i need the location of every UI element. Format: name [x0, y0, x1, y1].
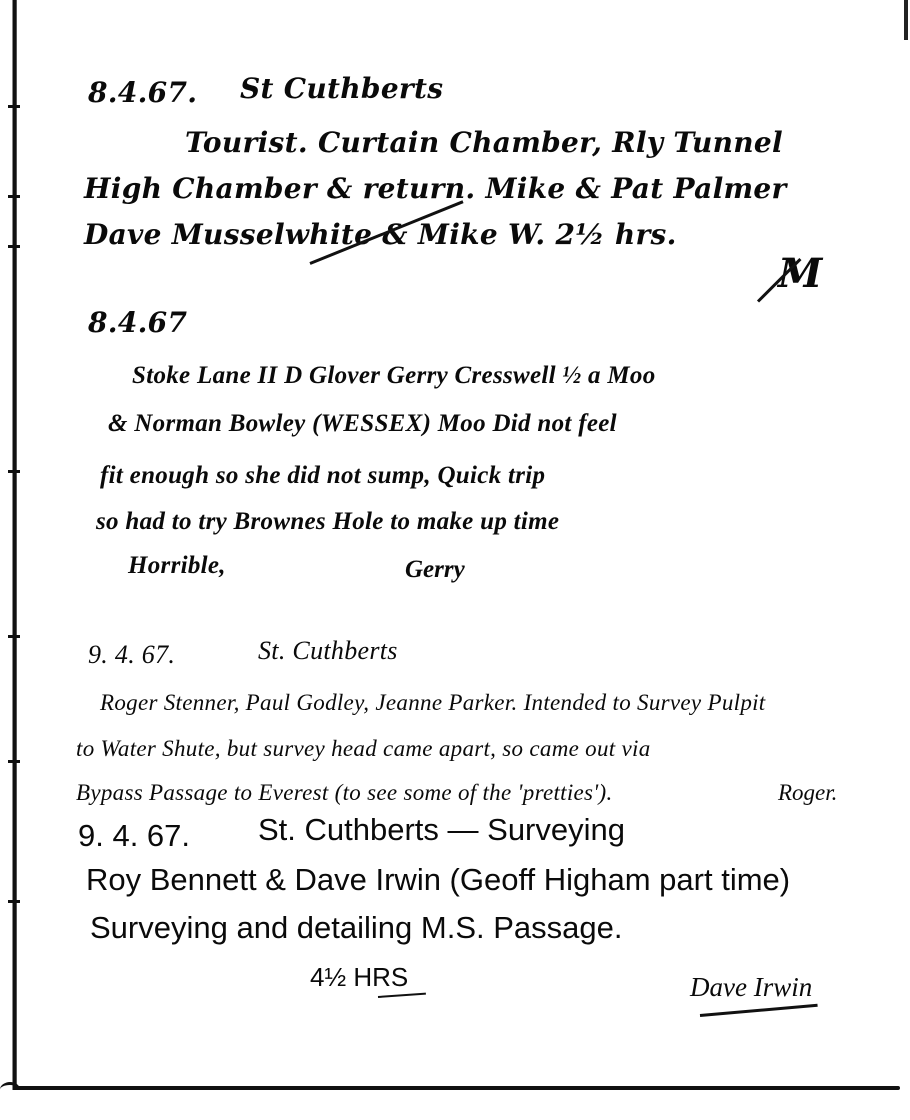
binding-mark [8, 635, 20, 638]
binding-mark [8, 470, 20, 473]
entry-line: to Water Shute, but survey head came apa… [76, 736, 651, 762]
entry-signature: Gerry [405, 556, 465, 584]
entry-line: so had to try Brownes Hole to make up ti… [96, 508, 559, 536]
entry-location: St. Cuthberts — Surveying [258, 812, 625, 848]
entry-signature: Roger. [778, 780, 837, 806]
binding-mark [8, 760, 20, 763]
entry-line: Bypass Passage to Everest (to see some o… [76, 780, 613, 806]
binding-mark [8, 195, 20, 198]
entry-line: Roger Stenner, Paul Godley, Jeanne Parke… [100, 690, 766, 716]
entry-location: St Cuthberts [240, 72, 443, 105]
entry-line: Surveying and detailing M.S. Passage. [90, 910, 622, 946]
entry-line: Roy Bennett & Dave Irwin (Geoff Higham p… [86, 862, 790, 898]
entry-line: fit enough so she did not sump, Quick tr… [100, 462, 545, 490]
entry-date: 8.4.67 [88, 306, 187, 339]
entry-date: 9. 4. 67. [78, 818, 190, 854]
entry-line: Horrible, [128, 552, 226, 580]
entry-line: Stoke Lane II D Glover Gerry Cresswell ½… [132, 362, 656, 390]
entry-location: St. Cuthberts [258, 636, 398, 666]
entry-line: & Norman Bowley (WESSEX) Moo Did not fee… [108, 410, 617, 438]
entry-date: 9. 4. 67. [88, 640, 175, 670]
page-bottom-edge [14, 1086, 900, 1090]
signature-stroke [700, 1004, 818, 1017]
entry-date: 8.4.67. [88, 76, 197, 109]
underline-stroke [378, 993, 426, 998]
entry-line: Tourist. Curtain Chamber, Rly Tunnel [185, 126, 783, 159]
binding-edge [13, 0, 16, 1090]
binding-mark [8, 105, 20, 108]
entry-line: High Chamber & return. Mike & Pat Palmer [84, 172, 787, 205]
binding-mark [8, 245, 20, 248]
page-right-edge [904, 0, 908, 40]
logbook-page: 8.4.67. St Cuthberts Tourist. Curtain Ch… [0, 0, 910, 1120]
entry-signature: Dave Irwin [690, 972, 812, 1003]
entry-line: 4½ HRS [310, 962, 408, 993]
binding-mark [8, 900, 20, 903]
